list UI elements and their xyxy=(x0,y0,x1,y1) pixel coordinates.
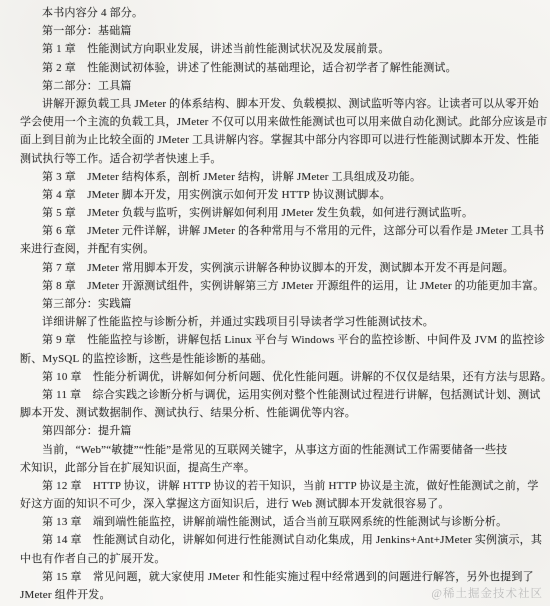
continuation-line: 术知识，此部分旨在扩展知识面，提高生产率。 xyxy=(20,459,544,477)
chapter-line: 第 12 章 HTTP 协议，讲解 HTTP 协议的若干知识，当前 HTTP 协… xyxy=(20,477,544,495)
part-heading-line: 第二部分：工具篇 xyxy=(20,77,544,95)
chapter-line: 第 2 章 性能测试初体验，讲述了性能测试的基础理论，适合初学者了解性能测试。 xyxy=(20,59,544,77)
chapter-line: 第 11 章 综合实践之诊断分析与调优，运用实例对整个性能测试过程进行讲解，包括… xyxy=(20,386,544,404)
chapter-line: 第 7 章 JMeter 常用脚本开发，实例演示讲解各种协议脚本的开发，测试脚本… xyxy=(20,259,544,277)
scanned-page: 本书内容分 4 部分。第一部分：基础篇第 1 章 性能测试方向职业发展，讲述当前… xyxy=(0,0,550,606)
watermark: @稀土掘金技术社区 xyxy=(431,585,543,601)
continuation-line: 断、MySQL 的监控诊断，这些是性能诊断的基础。 xyxy=(20,350,544,368)
part-heading-line: 第一部分：基础篇 xyxy=(20,22,544,40)
continuation-line: 测试执行等工作。适合初学者快速上手。 xyxy=(20,150,544,168)
chapter-line: 第 1 章 性能测试方向职业发展，讲述当前性能测试状况及发展前景。 xyxy=(20,40,544,58)
body-line: 当前，“Web”“敏捷”“性能”是常见的互联网关键字，从事这方面的性能测试工作需… xyxy=(20,441,544,459)
chapter-line: 第 9 章 性能监控与诊断，讲解包括 Linux 平台与 Windows 平台的… xyxy=(20,331,544,349)
document-body: 本书内容分 4 部分。第一部分：基础篇第 1 章 性能测试方向职业发展，讲述当前… xyxy=(20,4,544,604)
chapter-line: 第 10 章 性能分析调优，讲解如何分析问题、优化性能问题。讲解的不仅仅是结果，… xyxy=(20,368,544,386)
continuation-line: 好这方面的知识不可少，深入掌握这方面知识后，进行 Web 测试脚本开发就很容易了… xyxy=(20,495,544,513)
continuation-line: 脚本开发、测试数据制作、测试执行、结果分析、性能调优等内容。 xyxy=(20,404,544,422)
chapter-line: 第 15 章 常见问题，就大家使用 JMeter 和性能实施过程中经常遇到的问题… xyxy=(20,568,544,586)
chapter-line: 第 14 章 性能测试自动化，讲解如何进行性能测试自动化集成，用 Jenkins… xyxy=(20,531,544,549)
chapter-line: 第 13 章 端到端性能监控，讲解前端性能测试，适合当前互联网系统的性能测试与诊… xyxy=(20,513,544,531)
part-heading-line: 第三部分：实践篇 xyxy=(20,295,544,313)
body-line: 详细讲解了性能监控与诊断分析，并通过实践项目引导读者学习性能测试技术。 xyxy=(20,313,544,331)
chapter-line: 第 5 章 JMeter 负载与监听，实例讲解如何利用 JMeter 发生负载，… xyxy=(20,204,544,222)
continuation-line: 来进行查阅，并配有实例。 xyxy=(20,240,544,258)
part-heading-line: 第四部分：提升篇 xyxy=(20,422,544,440)
chapter-line: 第 3 章 JMeter 结构体系，剖析 JMeter 结构，讲解 JMeter… xyxy=(20,168,544,186)
continuation-line: 学会使用一个主流的负载工具，JMeter 不仅可以用来做性能测试也可以用来做自动… xyxy=(20,113,544,131)
body-line: 本书内容分 4 部分。 xyxy=(20,4,544,22)
chapter-line: 第 4 章 JMeter 脚本开发，用实例演示如何开发 HTTP 协议测试脚本。 xyxy=(20,186,544,204)
chapter-line: 第 8 章 JMeter 开源测试组件，实例讲解第三方 JMeter 开源组件的… xyxy=(20,277,544,295)
continuation-line: 面上到目前为止比较全面的 JMeter 工具讲解内容。掌握其中部分内容即可以进行… xyxy=(20,131,544,149)
body-line: 讲解开源负载工具 JMeter 的体系结构、脚本开发、负载模拟、测试监听等内容。… xyxy=(20,95,544,113)
chapter-line: 第 6 章 JMeter 元件详解，讲解 JMeter 的各种常用与不常用的元件… xyxy=(20,222,544,240)
continuation-line: 中也有作者自己的扩展开发。 xyxy=(20,550,544,568)
